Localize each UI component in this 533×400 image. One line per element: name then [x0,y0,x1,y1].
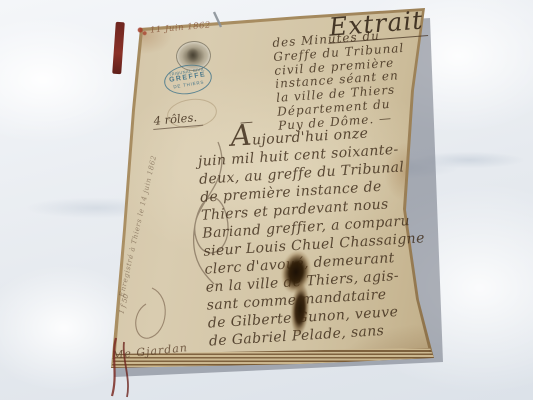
seal-figure-icon [185,46,201,63]
body-lines: Aujourd'hui onzejuin mil huit cent soixa… [196,115,441,351]
burn-mark-lower [289,282,311,336]
wax-specks [136,26,148,36]
photo-background: TRIBUNAL CIVIL GREFFE DE THIERS 11 Juin … [0,0,533,400]
binding-ribbon [112,22,125,75]
